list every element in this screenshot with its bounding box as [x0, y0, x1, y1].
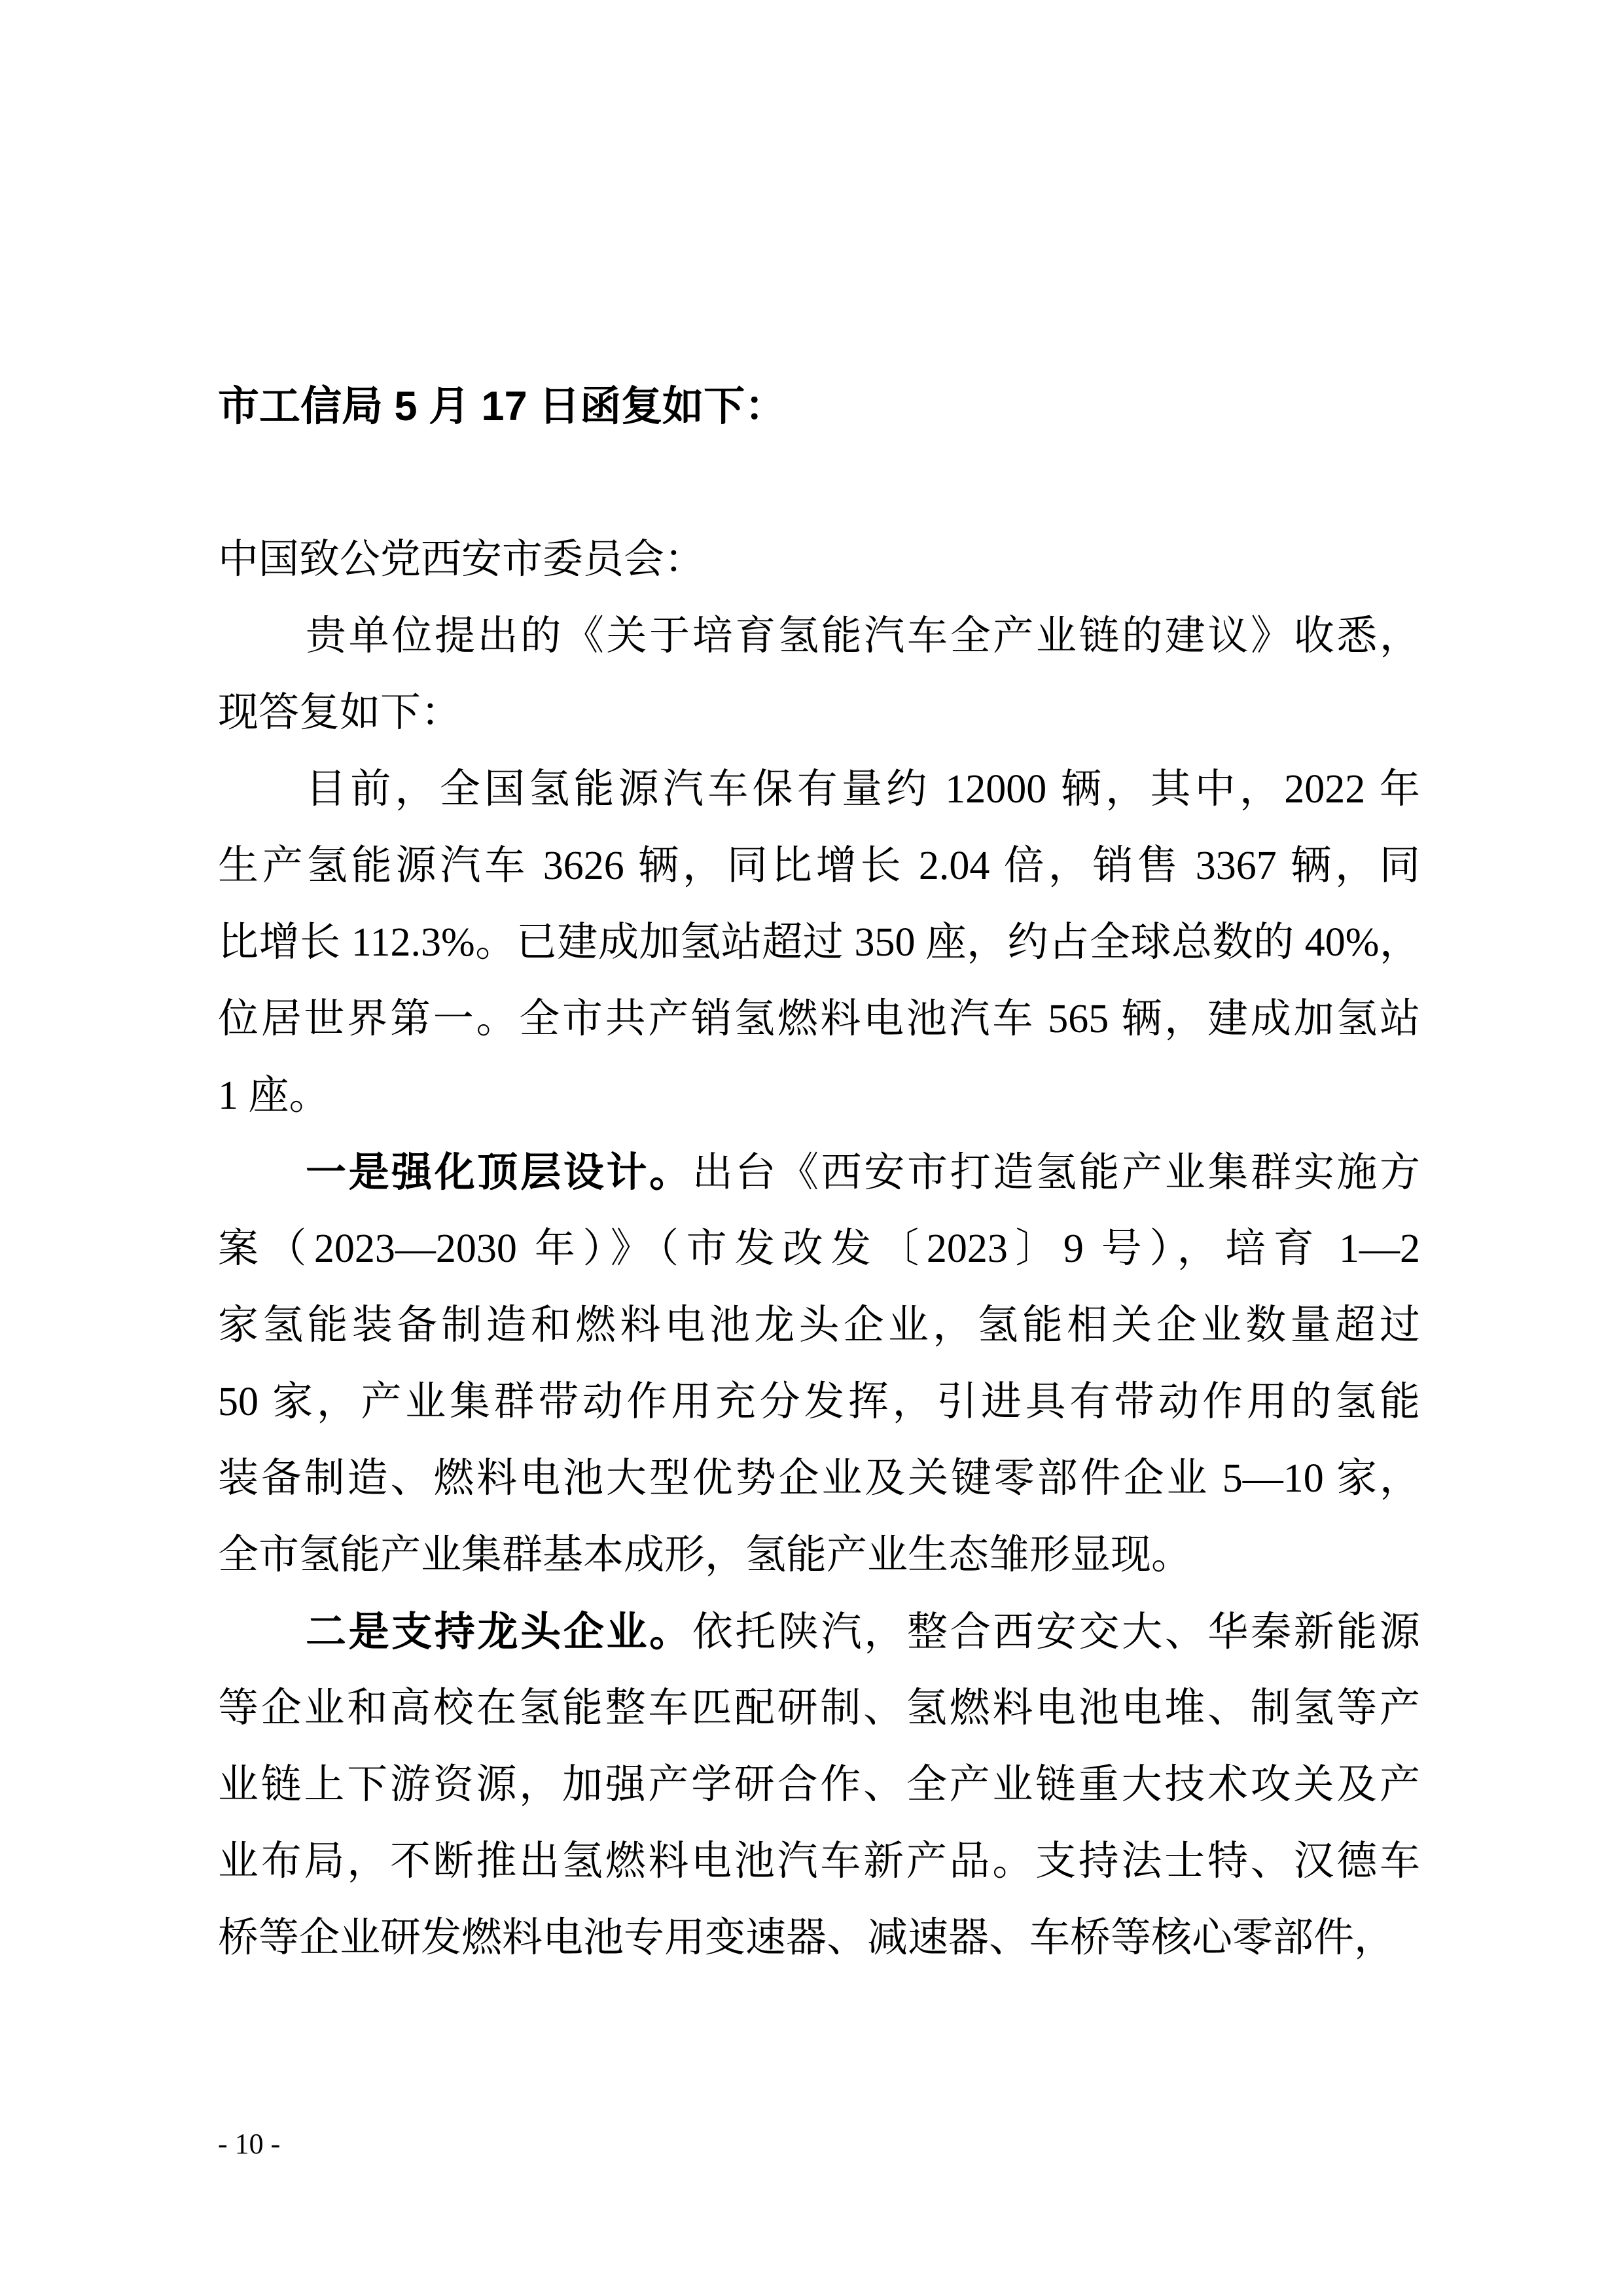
- line-text: 全市氢能产业集群基本成形，氢能产业生态雏形显现。: [218, 1533, 1192, 1577]
- line-text: 市工信局 5 月 17 日函复如下：: [218, 384, 786, 429]
- line-text: 出台《西安市打造氢能产业集群实施方: [692, 1151, 1420, 1195]
- line-text: 桥等企业研发燃料电池专用变速器、减速器、车桥等核心零部件，: [218, 1916, 1395, 1960]
- line-text: 生产氢能源汽车 3626 辆，同比增长 2.04 倍，销售 3367 辆，同: [218, 844, 1420, 888]
- bold-run-in-heading: 二是支持龙头企业。: [306, 1609, 692, 1655]
- line-text: 中国致公党西安市委员会：: [218, 537, 705, 582]
- text-line: 等企业和高校在氢能整车匹配研制、氢燃料电池电堆、制氢等产: [218, 1670, 1420, 1747]
- line-text: 位居世界第一。全市共产销氢燃料电池汽车 565 辆，建成加氢站: [218, 997, 1420, 1041]
- line-text: 现答复如下：: [218, 691, 461, 735]
- line-text: 业布局，不断推出氢燃料电池汽车新产品。支持法士特、汉德车: [218, 1839, 1420, 1884]
- line-text: 依托陕汽，整合西安交大、华秦新能源: [692, 1610, 1420, 1655]
- text-line: 1 座。: [218, 1058, 1420, 1134]
- text-line: 50 家，产业集群带动作用充分发挥，引进具有带动作用的氢能: [218, 1364, 1420, 1441]
- line-text: 贵单位提出的《关于培育氢能汽车全产业链的建议》收悉，: [306, 614, 1420, 658]
- bold-run-in-heading: 一是强化顶层设计。: [306, 1150, 692, 1195]
- text-line: 目前，全国氢能源汽车保有量约 12000 辆，其中，2022 年: [218, 751, 1420, 828]
- text-line: 贵单位提出的《关于培育氢能汽车全产业链的建议》收悉，: [218, 598, 1420, 675]
- text-line: 家氢能装备制造和燃料电池龙头企业，氢能相关企业数量超过: [218, 1287, 1420, 1364]
- page-number: - 10 -: [218, 2123, 280, 2166]
- text-line: 比增长 112.3%。已建成加氢站超过 350 座，约占全球总数的 40%，: [218, 905, 1420, 981]
- line-text: 案（2023—2030 年）》（市发改发〔2023〕9 号），培育 1—2: [218, 1227, 1420, 1271]
- text-line: 中国致公党西安市委员会：: [218, 522, 1420, 598]
- line-text: 等企业和高校在氢能整车匹配研制、氢燃料电池电堆、制氢等产: [218, 1686, 1420, 1731]
- line-text: 目前，全国氢能源汽车保有量约 12000 辆，其中，2022 年: [306, 767, 1420, 812]
- text-line: 案（2023—2030 年）》（市发改发〔2023〕9 号），培育 1—2: [218, 1211, 1420, 1287]
- text-line: 位居世界第一。全市共产销氢燃料电池汽车 565 辆，建成加氢站: [218, 981, 1420, 1058]
- line-text: 业链上下游资源，加强产学研合作、全产业链重大技术攻关及产: [218, 1763, 1420, 1807]
- line-text: 家氢能装备制造和燃料电池龙头企业，氢能相关企业数量超过: [218, 1303, 1420, 1348]
- text-line: 生产氢能源汽车 3626 辆，同比增长 2.04 倍，销售 3367 辆，同: [218, 828, 1420, 905]
- text-line: 装备制造、燃料电池大型优势企业及关键零部件企业 5—10 家，: [218, 1441, 1420, 1517]
- text-line: 业布局，不断推出氢燃料电池汽车新产品。支持法士特、汉德车: [218, 1823, 1420, 1900]
- text-line: 全市氢能产业集群基本成形，氢能产业生态雏形显现。: [218, 1517, 1420, 1594]
- line-text: 装备制造、燃料电池大型优势企业及关键零部件企业 5—10 家，: [218, 1456, 1420, 1501]
- text-line: 业链上下游资源，加强产学研合作、全产业链重大技术攻关及产: [218, 1747, 1420, 1823]
- line-text: 1 座。: [218, 1073, 330, 1118]
- text-line: 现答复如下：: [218, 675, 1420, 751]
- blank-line: [218, 445, 1420, 522]
- text-line: 一是强化顶层设计。出台《西安市打造氢能产业集群实施方: [218, 1134, 1420, 1211]
- reply-heading-line: 市工信局 5 月 17 日函复如下：: [218, 368, 1420, 445]
- text-line: 桥等企业研发燃料电池专用变速器、减速器、车桥等核心零部件，: [218, 1900, 1420, 1977]
- text-line: 二是支持龙头企业。依托陕汽，整合西安交大、华秦新能源: [218, 1594, 1420, 1670]
- document-page: 市工信局 5 月 17 日函复如下：中国致公党西安市委员会：贵单位提出的《关于培…: [0, 0, 1623, 2296]
- line-text: 50 家，产业集群带动作用充分发挥，引进具有带动作用的氢能: [218, 1380, 1420, 1424]
- line-text: 比增长 112.3%。已建成加氢站超过 350 座，约占全球总数的 40%，: [218, 920, 1420, 965]
- document-body: 市工信局 5 月 17 日函复如下：中国致公党西安市委员会：贵单位提出的《关于培…: [218, 368, 1420, 1977]
